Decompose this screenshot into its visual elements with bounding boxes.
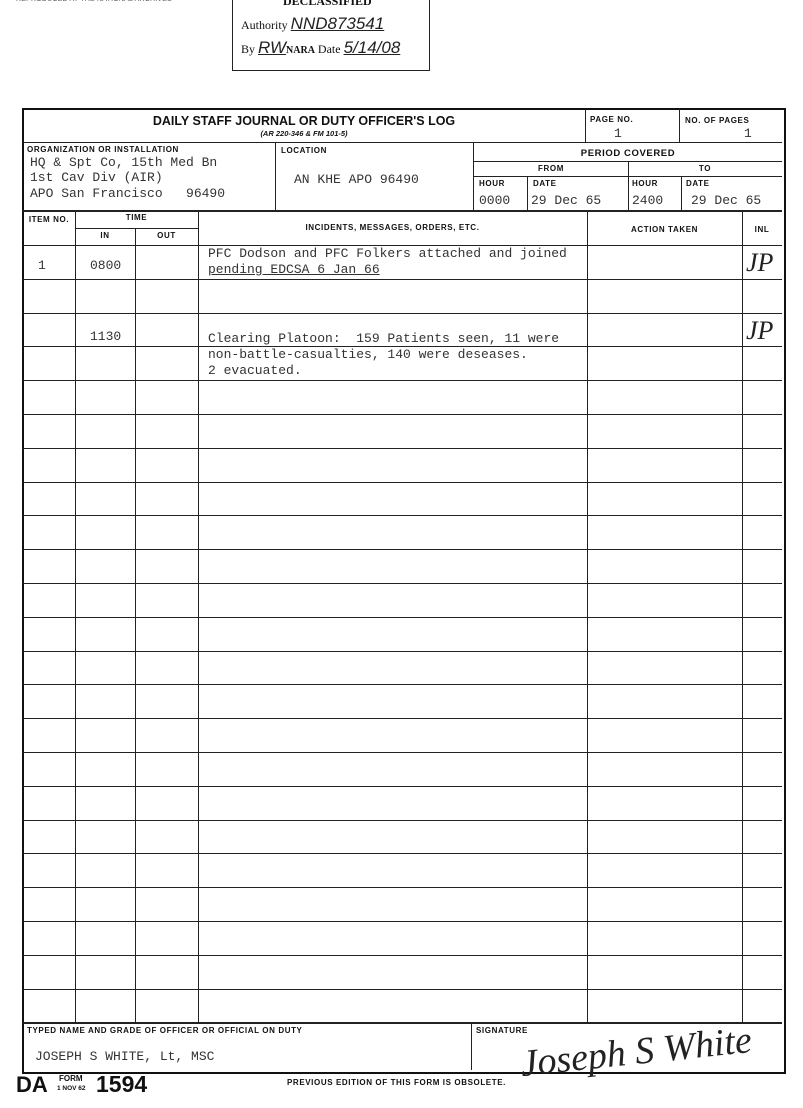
table-row-line: [23, 482, 782, 483]
period-label: PERIOD COVERED: [474, 148, 782, 159]
table-row-line: [23, 684, 782, 685]
form-number: 1594: [96, 1071, 147, 1098]
entry-1-line-2: pending EDCSA 6 Jan 66: [208, 262, 380, 277]
signature-label: SIGNATURE: [476, 1026, 528, 1035]
to-label: TO: [628, 164, 782, 173]
authority-line: Authority NND873541: [241, 14, 384, 34]
entry-2-line-2: non-battle-casualties, 140 were deseases…: [208, 347, 528, 362]
from-date: 29 Dec 65: [531, 193, 601, 208]
authority-value: NND873541: [291, 14, 385, 33]
table-row-line: [23, 380, 782, 381]
item-no-header: ITEM NO.: [23, 215, 75, 224]
entry-1-in: 0800: [90, 258, 121, 273]
table-row-line: [23, 313, 782, 314]
form-date: 1 NOV 62: [57, 1085, 86, 1092]
table-row-line: [23, 921, 782, 922]
table-row-line: [23, 752, 782, 753]
table-row-line: [23, 989, 782, 990]
time-header: TIME: [75, 213, 198, 222]
date-value: 5/14/08: [344, 38, 401, 57]
officer-label: TYPED NAME AND GRADE OF OFFICER OR OFFIC…: [27, 1026, 303, 1035]
form-word: FORM: [59, 1074, 83, 1083]
declassified-stamp: DECLASSIFIED Authority NND873541 By RWNA…: [232, 0, 430, 71]
entry-2-line-1: Clearing Platoon: 159 Patients seen, 11 …: [208, 331, 559, 346]
page-no: 1: [614, 126, 622, 141]
organization-line-3: APO San Francisco 96490: [30, 186, 225, 201]
page-no-label: PAGE NO.: [590, 115, 633, 124]
form-title: DAILY STAFF JOURNAL OR DUTY OFFICER'S LO…: [0, 114, 608, 128]
stamp-title: DECLASSIFIED: [283, 0, 372, 9]
no-of-pages: 1: [744, 126, 752, 141]
table-row-line: [23, 583, 782, 584]
table-row-line: [23, 820, 782, 821]
obsolete-note: PREVIOUS EDITION OF THIS FORM IS OBSOLET…: [287, 1078, 506, 1087]
table-row-line: [23, 955, 782, 956]
archive-note: REPRODUCED AT THE NATIONAL ARCHIVES: [16, 0, 172, 3]
from-hour-label: HOUR: [479, 179, 505, 188]
from-date-label: DATE: [533, 179, 557, 188]
inl-header: INL: [742, 225, 782, 234]
incidents-header: INCIDENTS, MESSAGES, ORDERS, ETC.: [198, 223, 587, 232]
table-row-line: [23, 786, 782, 787]
form-prefix: DA: [16, 1072, 48, 1098]
location-label: LOCATION: [281, 146, 327, 155]
entry-2-in: 1130: [90, 329, 121, 344]
table-row-line: [23, 853, 782, 854]
table-row-line: [23, 887, 782, 888]
to-hour: 2400: [632, 193, 663, 208]
table-row-line: [23, 414, 782, 415]
entry-1-line-1: PFC Dodson and PFC Folkers attached and …: [208, 246, 567, 261]
organization-line-2: 1st Cav Div (AIR): [30, 170, 163, 185]
no-of-pages-label: NO. OF PAGES: [685, 116, 749, 125]
table-row-line: [23, 279, 782, 280]
form-subtitle: (AR 220-346 & FM 101-5): [0, 129, 608, 138]
in-header: IN: [75, 231, 135, 240]
from-hour: 0000: [479, 193, 510, 208]
officer-name: JOSEPH S WHITE, Lt, MSC: [35, 1049, 214, 1064]
table-row-line: [23, 549, 782, 550]
out-header: OUT: [135, 231, 198, 240]
table-row-line: [23, 515, 782, 516]
location: AN KHE APO 96490: [294, 172, 419, 187]
entry-2-initials: JP: [746, 316, 773, 346]
table-row-line: [23, 617, 782, 618]
organization-line-1: HQ & Spt Co, 15th Med Bn: [30, 155, 217, 170]
table-row-line: [23, 718, 782, 719]
organization-label: ORGANIZATION OR INSTALLATION: [27, 145, 179, 154]
to-date: 29 Dec 65: [691, 193, 761, 208]
entry-1-item: 1: [38, 258, 46, 273]
to-date-label: DATE: [686, 179, 710, 188]
action-header: ACTION TAKEN: [587, 225, 742, 234]
entry-1-initials: JP: [746, 248, 773, 278]
to-hour-label: HOUR: [632, 179, 658, 188]
by-line: By RWNARA Date 5/14/08: [241, 38, 400, 58]
from-label: FROM: [474, 164, 628, 173]
table-row-line: [23, 448, 782, 449]
table-row-line: [23, 651, 782, 652]
entry-2-line-3: 2 evacuated.: [208, 363, 302, 378]
by-value: RW: [258, 38, 286, 57]
